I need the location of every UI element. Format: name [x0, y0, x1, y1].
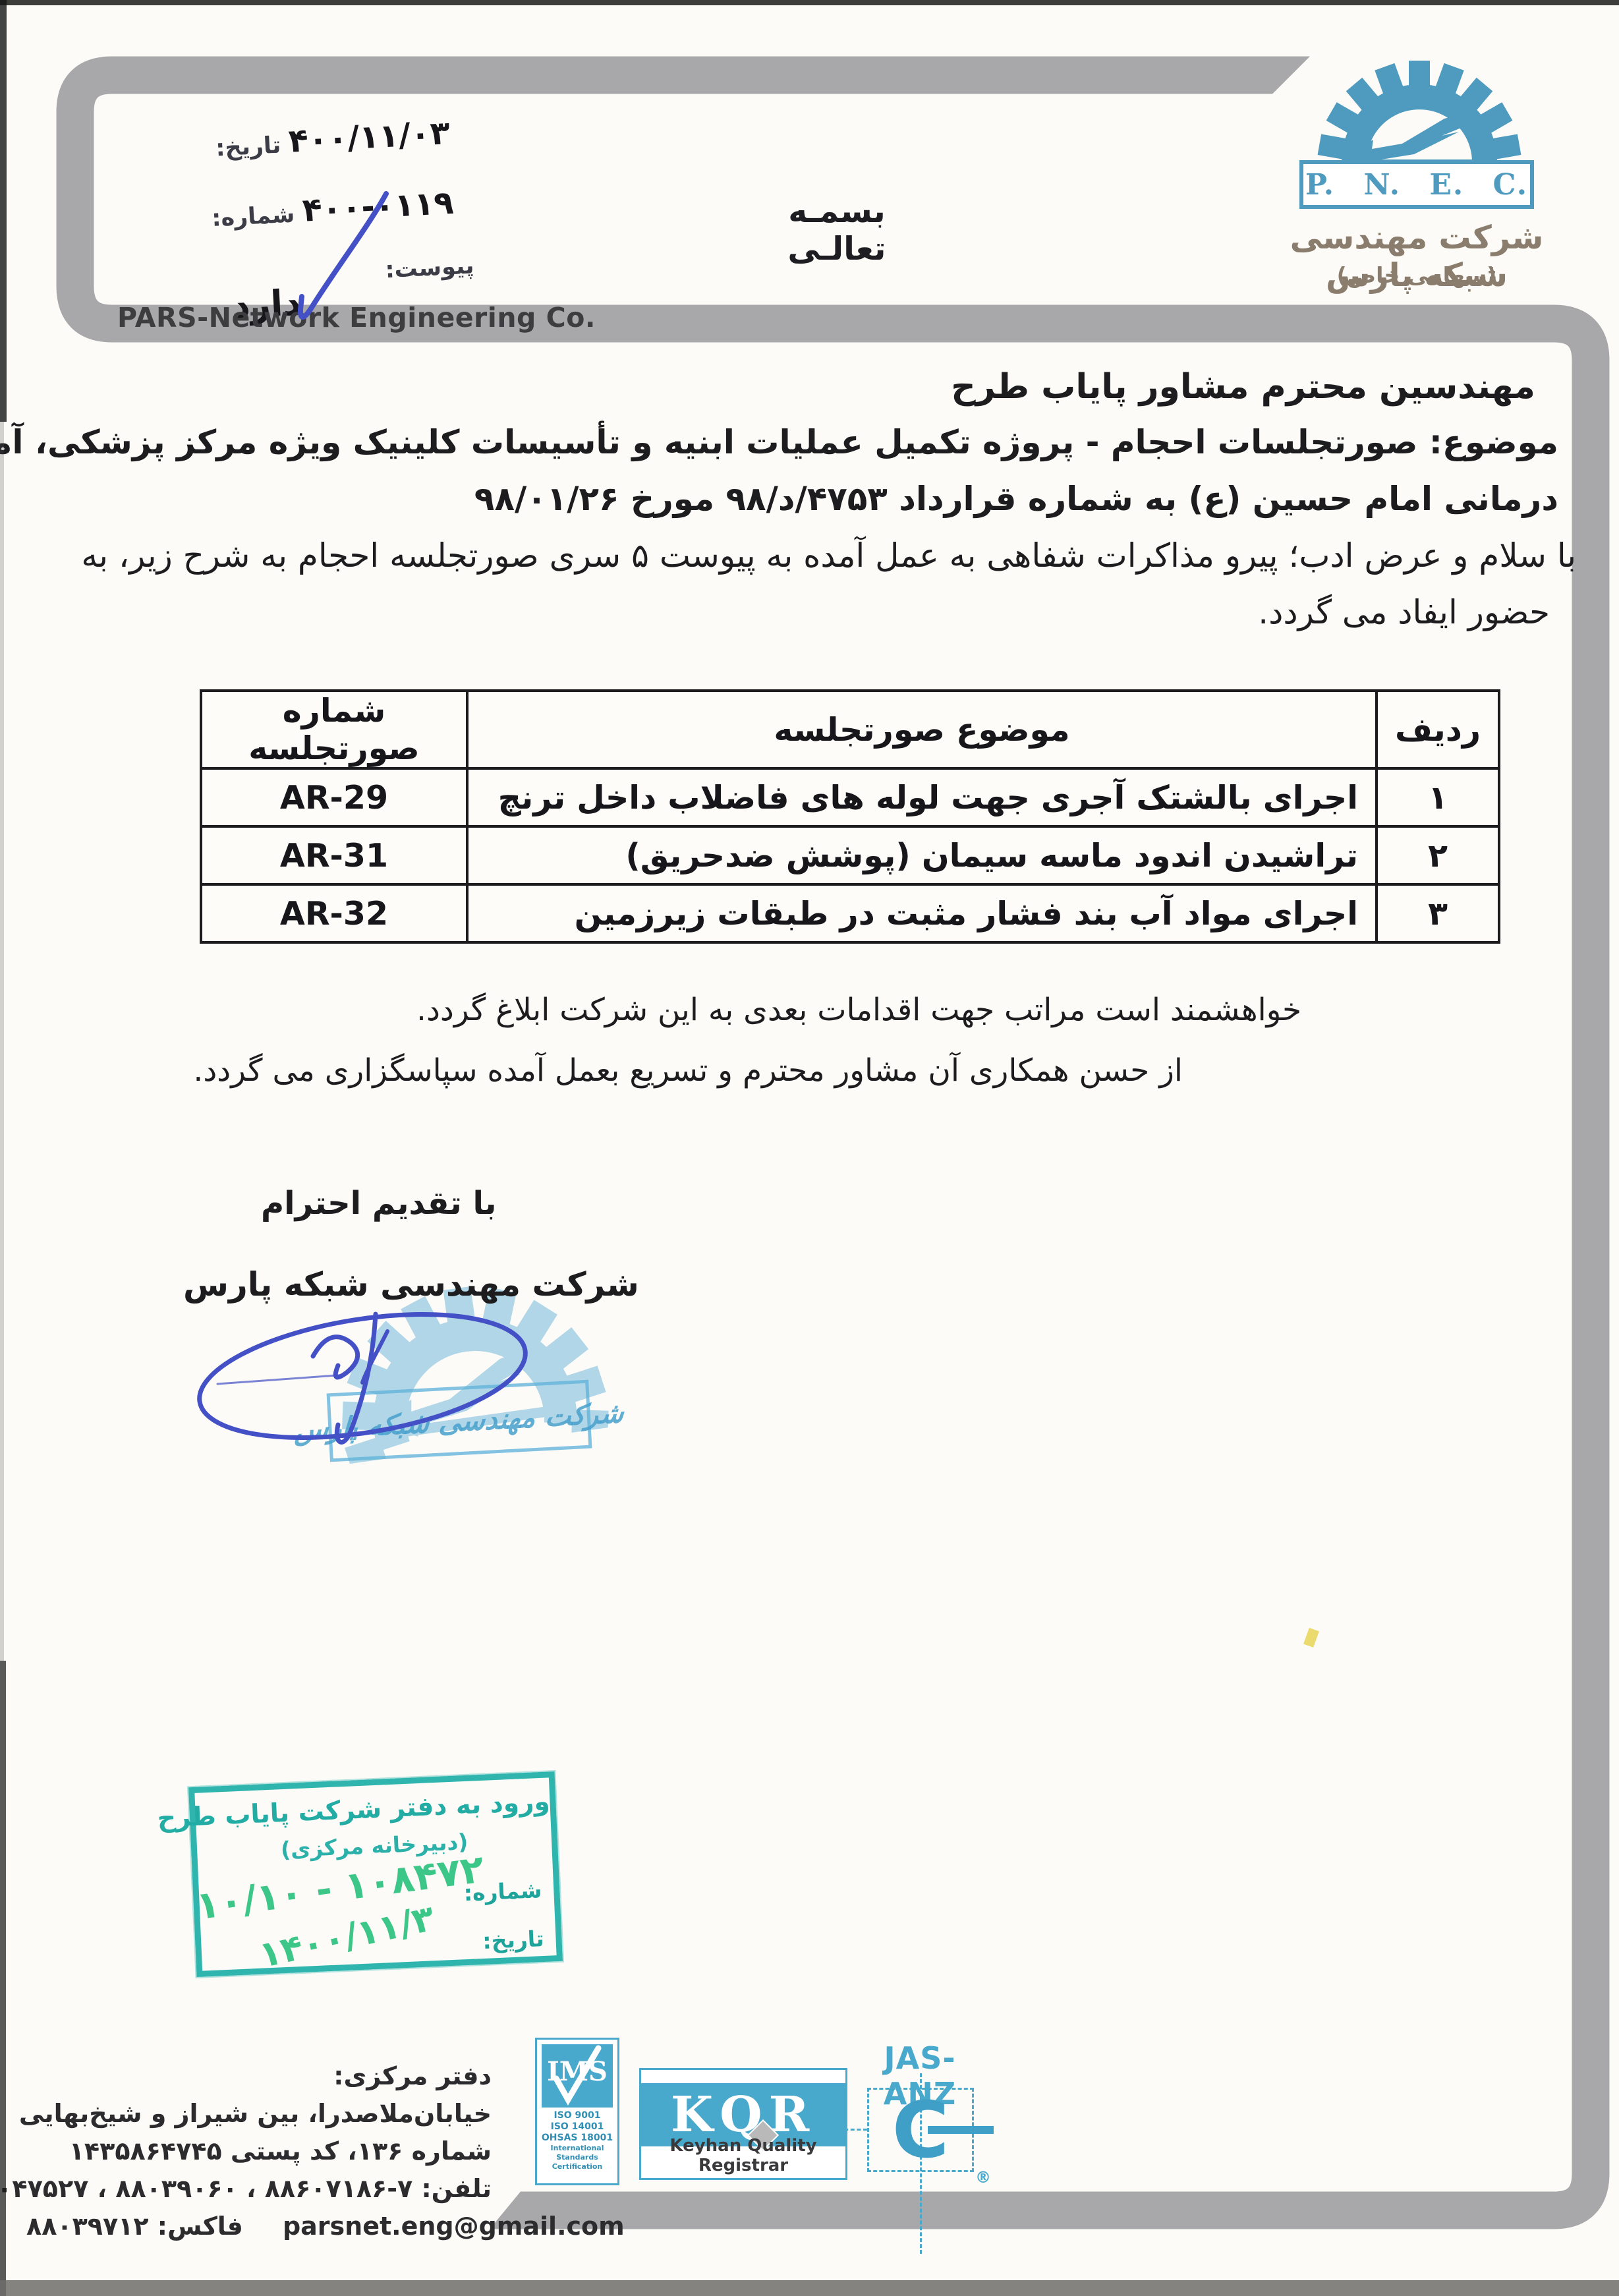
company-logo-gear-icon: [1309, 46, 1530, 178]
footer-fax-number: فاکس: ۸۸۰۳۹۷۱۲: [26, 2208, 243, 2245]
date-label: تاریخ:: [215, 132, 281, 161]
table-row: ۱ اجرای بالشتک آجری جهت لوله های فاضلاب …: [201, 768, 1499, 826]
footer-office-label: دفتر مرکزی:: [26, 2057, 492, 2095]
table-header-row: ردیف موضوع صورتجلسه شماره صورتجلسه: [201, 691, 1499, 768]
date-row: تاریخ: ۴۰۰/۱۱/۰۳: [215, 113, 468, 164]
header-subject: موضوع صورتجلسه: [467, 691, 1377, 768]
scan-edge-bottom: [0, 2280, 1619, 2296]
logo-acronym-box: P. N. E. C.: [1299, 160, 1534, 209]
scan-edge-left: [0, 422, 4, 1661]
scan-edge-left: [0, 1661, 6, 2296]
cell-code: AR-32: [201, 884, 467, 942]
body-line-2: حضور ایفاد می گردد.: [1258, 589, 1550, 635]
handwritten-signature: [178, 1292, 560, 1476]
logo-acronym: P. N. E. C.: [1305, 168, 1528, 202]
kqr-certification-logo: KQR Keyhan Quality Registrar: [639, 2068, 847, 2180]
subject-line-2: درمانی امام حسین (ع) به شماره قرارداد ۴۷…: [474, 476, 1558, 522]
cell-subject: اجرای بالشتک آجری جهت لوله های فاضلاب دا…: [467, 768, 1377, 826]
ims-standard-line: ISO 14001: [537, 2121, 617, 2133]
closing-line-2: از حسن همکاری آن مشاور محترم و تسریع بعم…: [193, 1048, 1183, 1094]
ims-standard-line: OHSAS 18001: [537, 2133, 617, 2144]
closing-line-1: خواهشمند است مراتب جهت اقدامات بعدی به ا…: [416, 987, 1301, 1033]
date-value: ۴۰۰/۱۱/۰۳: [287, 114, 451, 160]
received-stamp-date-label: تاریخ:: [482, 1926, 545, 1954]
header-row-number: ردیف: [1377, 691, 1499, 768]
cell-row-number: ۱: [1377, 768, 1499, 826]
scanned-letter-page: P. N. E. C. شرکت مهندسی شبکه پارس (سهامی…: [0, 0, 1619, 2296]
jas-anz-bar-icon: [928, 2126, 994, 2134]
scan-edge-top: [0, 0, 1619, 5]
footer-address-2: شماره ۱۳۶، کد پستی ۱۴۳۵۸۶۴۷۴۵: [26, 2133, 492, 2170]
jas-anz-crosshair-hline: [832, 2129, 867, 2131]
footer-address-1: خیابان‌ملاصدرا، بین شیراز و شیخ‌بهایی: [26, 2095, 492, 2133]
cell-row-number: ۳: [1377, 884, 1499, 942]
received-stamp-title: ورود به دفتر شرکت پایاب طرح: [195, 1787, 550, 1831]
cell-code: AR-31: [201, 826, 467, 884]
footer-fax-row: فاکس: ۸۸۰۳۹۷۱۲ parsnet.eng@gmail.com: [26, 2208, 492, 2245]
received-stamp: ورود به دفتر شرکت پایاب طرح (دبیرخانه مر…: [188, 1771, 563, 1977]
minutes-table: ردیف موضوع صورتجلسه شماره صورتجلسه ۱ اجر…: [200, 689, 1500, 944]
header-code: شماره صورتجلسه: [201, 691, 467, 768]
cell-code: AR-29: [201, 768, 467, 826]
ims-certification-logo: IMS ISO 9001 ISO 14001 OHSAS 18001 Inter…: [535, 2038, 619, 2185]
scan-edge-left: [0, 0, 7, 422]
ims-logo-icon: IMS: [542, 2044, 613, 2108]
ims-standard-line: ISO 9001: [537, 2110, 617, 2121]
signature-respect-line: با تقدیم احترام: [261, 1185, 497, 1222]
ims-standard-line: International Standards: [537, 2144, 617, 2162]
recipient-line: مهندسین محترم مشاور پایاب طرح: [951, 364, 1535, 410]
footer-phone: تلفن: ۷-۸۸۶۰۷۱۸۶ ، ۸۸۰۳۹۰۶۰ ، ۸۸۰۴۷۵۲۷: [26, 2170, 492, 2208]
subject-line-1: موضوع: صورتجلسات احجام - پروژه تکمیل عمل…: [0, 419, 1558, 465]
footer-email: parsnet.eng@gmail.com: [283, 2208, 625, 2245]
bismillah: بسمـه تعالـی: [738, 192, 936, 268]
cell-row-number: ۲: [1377, 826, 1499, 884]
ims-checkmark-icon: [542, 2044, 613, 2108]
kqr-title: KQR: [671, 2086, 816, 2143]
pen-checkmark-icon: [282, 182, 407, 333]
cell-subject: تراشیدن اندود ماسه سیمان (پوشش ضدحریق): [467, 826, 1377, 884]
table-row: ۳ اجرای مواد آب بند فشار مثبت در طبقات ز…: [201, 884, 1499, 942]
kqr-caption: Keyhan Quality Registrar: [641, 2136, 845, 2175]
body-line-1: با سلام و عرض ادب؛ پیرو مذاکرات شفاهی به…: [81, 532, 1576, 579]
jas-anz-registered-mark: ®: [975, 2168, 991, 2187]
logo-company-type: (سهامی خاص): [1285, 262, 1548, 288]
cell-subject: اجرای مواد آب بند فشار مثبت در طبقات زیر…: [467, 884, 1377, 942]
footer-contact-block: دفتر مرکزی: خیابان‌ملاصدرا، بین شیراز و …: [26, 2057, 492, 2245]
ims-standard-line: Certification: [537, 2162, 617, 2171]
table-row: ۲ تراشیدن اندود ماسه سیمان (پوشش ضدحریق)…: [201, 826, 1499, 884]
